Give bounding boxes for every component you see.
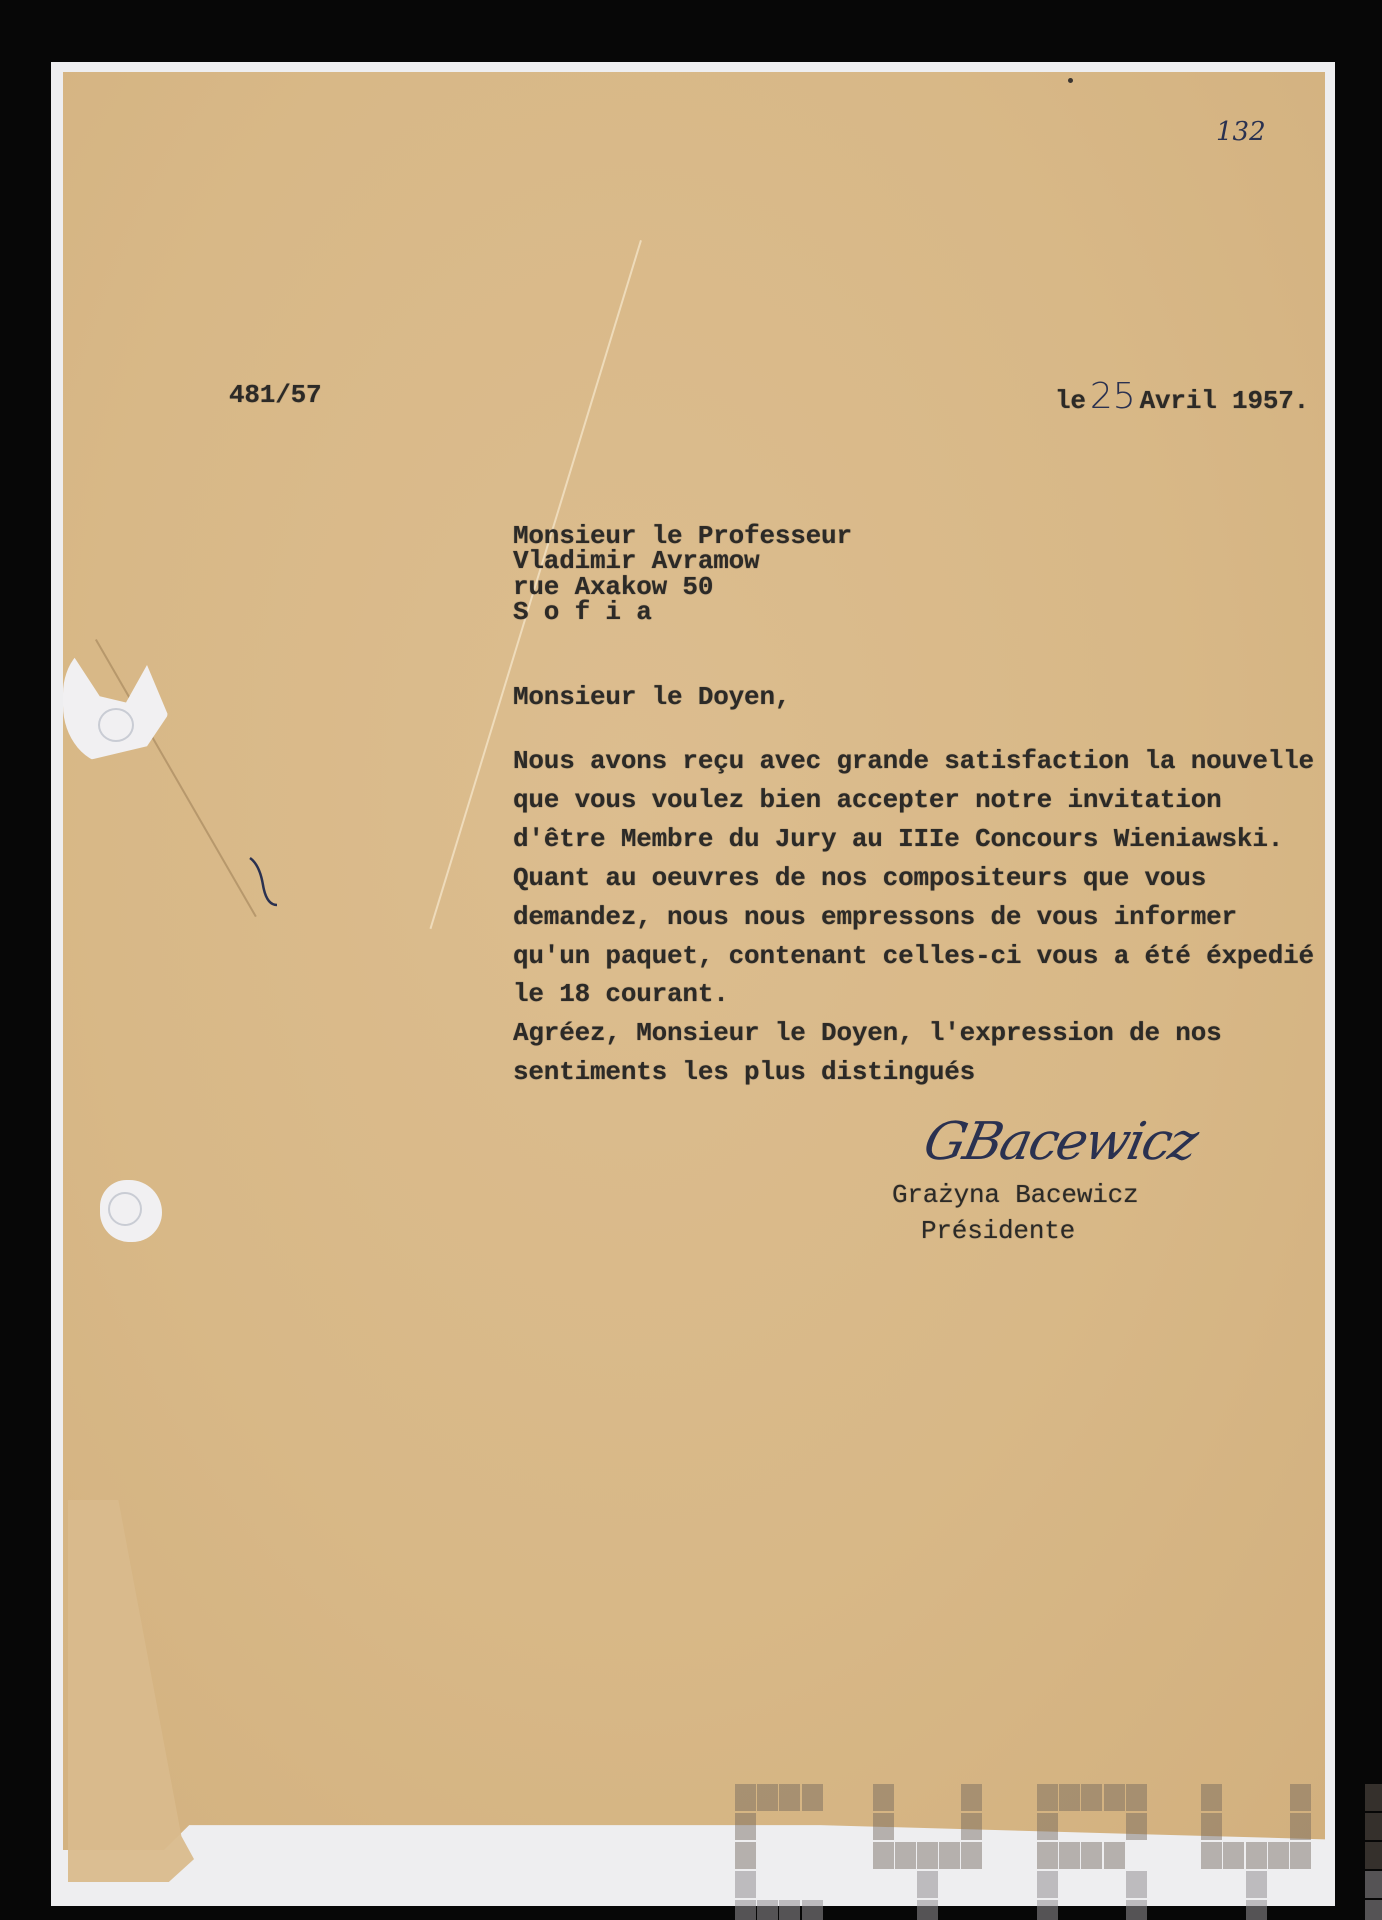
- salutation: Monsieur le Doyen,: [513, 682, 790, 712]
- body-line: qu'un paquet, contenant celles-ci vous a…: [513, 937, 1333, 976]
- watermark-block: [779, 1900, 800, 1920]
- watermark-block: [1081, 1842, 1102, 1869]
- recipient-line: S o f i a: [513, 600, 852, 625]
- watermark-block: [1290, 1784, 1311, 1811]
- watermark-block: [802, 1900, 823, 1920]
- pen-mark-icon: [245, 855, 285, 915]
- watermark-block: [735, 1813, 756, 1840]
- watermark-block: [802, 1784, 823, 1811]
- reference-number: 481/57: [229, 380, 321, 410]
- date-line: le 25 Avril 1957.: [1055, 376, 1309, 417]
- signatory-name: Grażyna Bacewicz: [892, 1180, 1138, 1210]
- watermark-block: [873, 1784, 894, 1811]
- watermark-block: [1268, 1842, 1289, 1869]
- recipient-line: Vladimir Avramow: [513, 549, 852, 574]
- watermark-block: [961, 1813, 982, 1840]
- watermark-block: [939, 1842, 960, 1869]
- body-line: le 18 courant.: [513, 975, 1333, 1014]
- watermark-block: [735, 1871, 756, 1898]
- watermark-block: [735, 1842, 756, 1869]
- handwritten-signature: GBacewicz: [919, 1112, 1202, 1172]
- watermark-block: [1059, 1784, 1080, 1811]
- ink-speck: [1068, 78, 1073, 83]
- watermark-block: [1201, 1813, 1222, 1840]
- watermark-block: [1365, 1842, 1382, 1869]
- date-day-handwritten: 25: [1090, 376, 1136, 417]
- watermark-block: [1104, 1842, 1125, 1869]
- watermark-block: [1365, 1900, 1382, 1920]
- watermark-block: [873, 1842, 894, 1869]
- watermark-block: [1246, 1900, 1267, 1920]
- date-prefix: le: [1055, 386, 1086, 416]
- watermark-block: [1126, 1900, 1147, 1920]
- watermark-block: [873, 1813, 894, 1840]
- watermark-block: [1126, 1813, 1147, 1840]
- watermark-block: [1126, 1871, 1147, 1898]
- watermark-block: [757, 1784, 778, 1811]
- watermark-block: [1365, 1871, 1382, 1898]
- signatory-title: Présidente: [921, 1216, 1075, 1246]
- watermark-block: [917, 1871, 938, 1898]
- date-month-year: Avril 1957.: [1140, 386, 1309, 416]
- watermark-block: [735, 1784, 756, 1811]
- watermark-block: [1059, 1842, 1080, 1869]
- watermark-block: [1223, 1842, 1244, 1869]
- watermark-block: [1037, 1784, 1058, 1811]
- watermark-block: [1365, 1784, 1382, 1811]
- letter-body: Nous avons reçu avec grande satisfaction…: [513, 742, 1333, 1092]
- watermark-block: [1290, 1842, 1311, 1869]
- watermark-block: [1037, 1871, 1058, 1898]
- body-line: Nous avons reçu avec grande satisfaction…: [513, 742, 1333, 781]
- watermark-block: [1126, 1784, 1147, 1811]
- watermark-block: [1104, 1784, 1125, 1811]
- recipient-address: Monsieur le Professeur Vladimir Avramow …: [513, 524, 852, 625]
- watermark-block: [917, 1900, 938, 1920]
- watermark-block: [1365, 1813, 1382, 1840]
- watermark-block: [961, 1842, 982, 1869]
- watermark-block: [1037, 1813, 1058, 1840]
- watermark-block: [779, 1784, 800, 1811]
- body-line: demandez, nous nous empressons de vous i…: [513, 898, 1333, 937]
- watermark-block: [1037, 1842, 1058, 1869]
- watermark-block: [1246, 1871, 1267, 1898]
- body-line: que vous voulez bien accepter notre invi…: [513, 781, 1333, 820]
- watermark-block: [961, 1784, 982, 1811]
- folio-number: 132: [1216, 117, 1266, 147]
- body-line: Agréez, Monsieur le Doyen, l'expression …: [513, 1014, 1333, 1053]
- watermark-block: [735, 1900, 756, 1920]
- body-line: sentiments les plus distingués: [513, 1053, 1333, 1092]
- watermark-block: [1290, 1813, 1311, 1840]
- watermark-block: [895, 1842, 916, 1869]
- watermark-block: [1081, 1784, 1102, 1811]
- watermark-block: [1201, 1784, 1222, 1811]
- watermark-block: [1201, 1842, 1222, 1869]
- punch-hole-ring: [108, 1192, 142, 1226]
- watermark-block: [1246, 1842, 1267, 1869]
- watermark-block: [917, 1842, 938, 1869]
- punch-hole-ring: [98, 708, 134, 742]
- watermark-block: [1037, 1900, 1058, 1920]
- body-line: Quant au oeuvres de nos compositeurs que…: [513, 859, 1333, 898]
- watermark-block: [757, 1900, 778, 1920]
- body-line: d'être Membre du Jury au IIIe Concours W…: [513, 820, 1333, 859]
